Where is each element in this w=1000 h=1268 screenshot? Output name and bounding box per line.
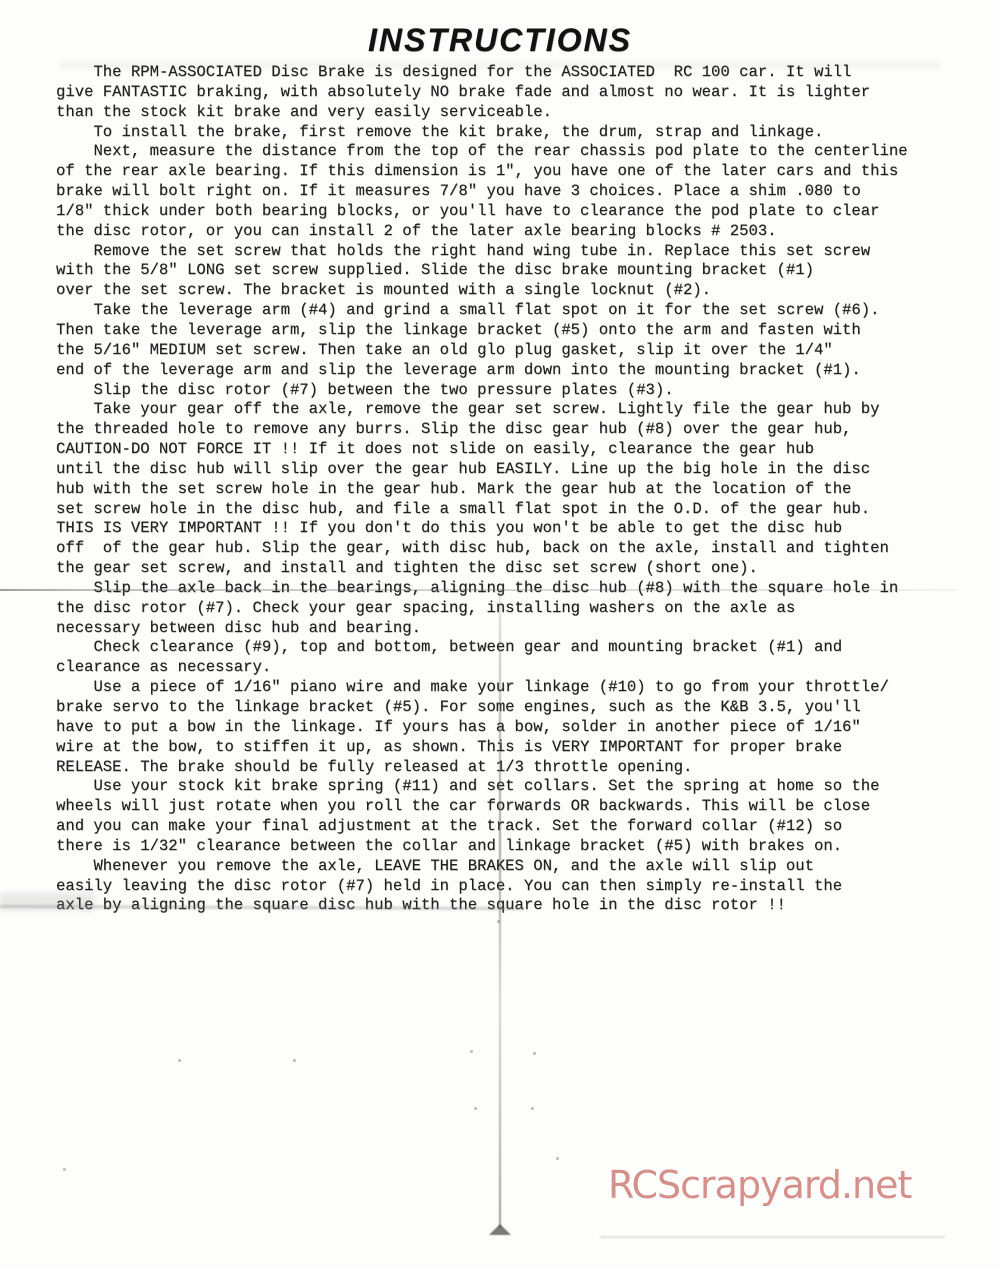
scan-speck [556,1157,559,1160]
scan-speck [178,1059,181,1062]
paragraph-remove-kit-brake: To install the brake, first remove the k… [56,123,962,143]
paragraph-leverage-arm: Take the leverage arm (#4) and grind a s… [56,301,962,380]
scan-speck [63,1168,66,1171]
paragraph-axle-bearings: Slip the axle back in the bearings, alig… [56,579,962,639]
scan-speck [533,1052,536,1055]
paragraph-brake-spring: Use your stock kit brake spring (#11) an… [56,777,962,856]
fold-crease-horizontal [0,589,958,591]
scan-speck [474,1107,477,1110]
instructions-body: The RPM-ASSOCIATED Disc Brake is designe… [56,63,962,916]
fold-crease-bottom-right [600,1236,945,1238]
scan-smudge [0,893,95,911]
scanned-instruction-page: INSTRUCTIONS The RPM-ASSOCIATED Disc Bra… [0,0,1000,1268]
paragraph-set-screw: Remove the set screw that holds the righ… [56,242,962,302]
scan-speck [531,1107,534,1110]
page-title: INSTRUCTIONS [0,22,1000,59]
paragraph-disc-rotor: Slip the disc rotor (#7) between the two… [56,381,962,401]
paragraph-gear-hub: Take your gear off the axle, remove the … [56,400,962,579]
paragraph-linkage-wire: Use a piece of 1/16" piano wire and make… [56,678,962,777]
paragraph-measure-distance: Next, measure the distance from the top … [56,142,962,241]
paragraph-intro: The RPM-ASSOCIATED Disc Brake is designe… [56,63,962,123]
fold-crease-mark [489,1224,511,1235]
scan-speck [470,1050,473,1053]
watermark: RCScrapyard.net [608,1163,968,1207]
scan-speck [293,1059,296,1062]
paragraph-check-clearance: Check clearance (#9), top and bottom, be… [56,638,962,678]
scan-speck [497,920,500,923]
